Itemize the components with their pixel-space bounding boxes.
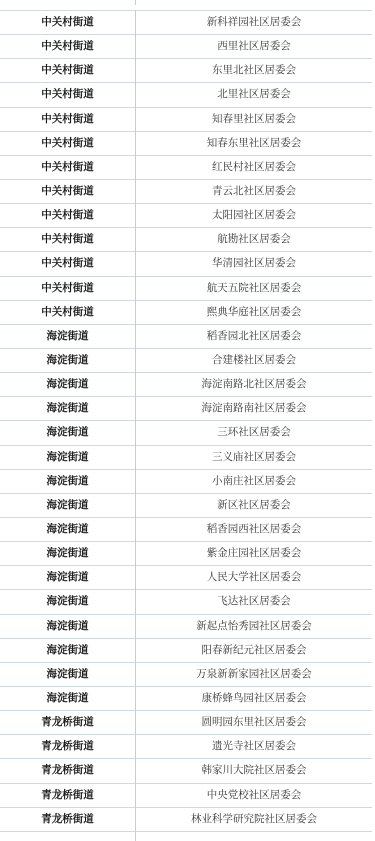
community-cell: 紫金庄园社区居委会 xyxy=(136,542,373,566)
street-cell: 海淀街道 xyxy=(0,517,136,541)
street-cell: 中关村街道 xyxy=(0,276,136,300)
table-row: 中关村街道新科祥园社区居委会 xyxy=(0,11,372,35)
table-row: 中关村街道知春东里社区居委会 xyxy=(0,131,372,155)
community-cell: 稻香园北社区居委会 xyxy=(136,324,373,348)
table-row: 海淀街道海淀南路南社区居委会 xyxy=(0,397,372,421)
table-row: 中关村街道红民村社区居委会 xyxy=(0,155,372,179)
street-cell: 中关村街道 xyxy=(0,83,136,107)
street-cell: 海淀街道 xyxy=(0,686,136,710)
table-row: 中关村街道熙典华庭社区居委会 xyxy=(0,300,372,324)
street-cell: 海淀街道 xyxy=(0,542,136,566)
community-cell: 小南庄社区居委会 xyxy=(136,469,373,493)
street-cell: 海淀街道 xyxy=(0,566,136,590)
table-row: 中关村街道青云北社区居委会 xyxy=(0,179,372,203)
table-row: 海淀街道三环社区居委会 xyxy=(0,421,372,445)
community-cell: 三义庙社区居委会 xyxy=(136,445,373,469)
community-cell: 林业科学研究院社区居委会 xyxy=(136,807,373,831)
table-row: 海淀街道合建楼社区居委会 xyxy=(0,348,372,372)
community-cell: 熙典华庭社区居委会 xyxy=(136,300,373,324)
column-divider xyxy=(135,0,136,5)
community-cell: 圆明园东里社区居委会 xyxy=(136,711,373,735)
community-cell: 韩家川大院社区居委会 xyxy=(136,759,373,783)
community-cell: 知春里社区居委会 xyxy=(136,107,373,131)
community-cell: 海淀南路北社区居委会 xyxy=(136,373,373,397)
table-row: 海淀街道阳春新纪元社区居委会 xyxy=(0,638,372,662)
community-cell: 知春东里社区居委会 xyxy=(136,131,373,155)
column-divider xyxy=(135,832,136,841)
street-cell: 中关村街道 xyxy=(0,300,136,324)
table-row: 海淀街道紫金庄园社区居委会 xyxy=(0,542,372,566)
street-cell: 中关村街道 xyxy=(0,179,136,203)
community-cell: 东里北社区居委会 xyxy=(136,59,373,83)
community-table: 中关村街道新科祥园社区居委会中关村街道西里社区居委会中关村街道东里北社区居委会中… xyxy=(0,10,372,832)
community-cell: 太阳园社区居委会 xyxy=(136,204,373,228)
street-cell: 中关村街道 xyxy=(0,11,136,35)
table-row: 青龙桥街道遗光寺社区居委会 xyxy=(0,735,372,759)
table-row: 海淀街道小南庄社区居委会 xyxy=(0,469,372,493)
table-row: 海淀街道康桥蜂鸟园社区居委会 xyxy=(0,686,372,710)
street-cell: 海淀街道 xyxy=(0,614,136,638)
street-cell: 海淀街道 xyxy=(0,662,136,686)
community-cell: 遗光寺社区居委会 xyxy=(136,735,373,759)
street-cell: 中关村街道 xyxy=(0,59,136,83)
street-cell: 青龙桥街道 xyxy=(0,783,136,807)
table-row: 中关村街道华清园社区居委会 xyxy=(0,252,372,276)
community-cell: 万泉新新家园社区居委会 xyxy=(136,662,373,686)
community-cell: 康桥蜂鸟园社区居委会 xyxy=(136,686,373,710)
street-cell: 青龙桥街道 xyxy=(0,735,136,759)
street-cell: 海淀街道 xyxy=(0,421,136,445)
table-row: 海淀街道三义庙社区居委会 xyxy=(0,445,372,469)
table-row: 海淀街道飞达社区居委会 xyxy=(0,590,372,614)
table-row: 海淀街道海淀南路北社区居委会 xyxy=(0,373,372,397)
community-cell: 中央党校社区居委会 xyxy=(136,783,373,807)
street-cell: 中关村街道 xyxy=(0,228,136,252)
community-cell: 阳春新纪元社区居委会 xyxy=(136,638,373,662)
table-row: 海淀街道万泉新新家园社区居委会 xyxy=(0,662,372,686)
community-cell: 北里社区居委会 xyxy=(136,83,373,107)
community-cell: 三环社区居委会 xyxy=(136,421,373,445)
table-row: 中关村街道知春里社区居委会 xyxy=(0,107,372,131)
table-row: 中关村街道东里北社区居委会 xyxy=(0,59,372,83)
community-cell: 华清园社区居委会 xyxy=(136,252,373,276)
community-cell: 稻香园西社区居委会 xyxy=(136,517,373,541)
table-row: 青龙桥街道林业科学研究院社区居委会 xyxy=(0,807,372,831)
table-row: 中关村街道北里社区居委会 xyxy=(0,83,372,107)
table-row: 海淀街道稻香园西社区居委会 xyxy=(0,517,372,541)
community-cell: 新区社区居委会 xyxy=(136,493,373,517)
community-cell: 人民大学社区居委会 xyxy=(136,566,373,590)
community-cell: 新科祥园社区居委会 xyxy=(136,11,373,35)
street-cell: 海淀街道 xyxy=(0,590,136,614)
street-cell: 海淀街道 xyxy=(0,493,136,517)
street-cell: 海淀街道 xyxy=(0,445,136,469)
table-row: 中关村街道太阳园社区居委会 xyxy=(0,204,372,228)
table-row: 中关村街道航天五院社区居委会 xyxy=(0,276,372,300)
table-row: 青龙桥街道圆明园东里社区居委会 xyxy=(0,711,372,735)
table-row: 海淀街道新区社区居委会 xyxy=(0,493,372,517)
street-cell: 中关村街道 xyxy=(0,252,136,276)
table-row: 青龙桥街道中央党校社区居委会 xyxy=(0,783,372,807)
table-top-cut-row xyxy=(0,0,372,10)
street-cell: 中关村街道 xyxy=(0,155,136,179)
community-cell: 合建楼社区居委会 xyxy=(136,348,373,372)
street-cell: 海淀街道 xyxy=(0,348,136,372)
street-cell: 海淀街道 xyxy=(0,469,136,493)
street-cell: 海淀街道 xyxy=(0,373,136,397)
table-row: 青龙桥街道韩家川大院社区居委会 xyxy=(0,759,372,783)
street-cell: 中关村街道 xyxy=(0,107,136,131)
street-cell: 中关村街道 xyxy=(0,204,136,228)
table-row: 海淀街道新起点怡秀园社区居委会 xyxy=(0,614,372,638)
community-cell: 红民村社区居委会 xyxy=(136,155,373,179)
community-cell: 新起点怡秀园社区居委会 xyxy=(136,614,373,638)
street-cell: 海淀街道 xyxy=(0,397,136,421)
community-cell: 青云北社区居委会 xyxy=(136,179,373,203)
street-cell: 青龙桥街道 xyxy=(0,711,136,735)
table-row: 中关村街道航勘社区居委会 xyxy=(0,228,372,252)
community-cell: 海淀南路南社区居委会 xyxy=(136,397,373,421)
street-cell: 青龙桥街道 xyxy=(0,759,136,783)
street-cell: 中关村街道 xyxy=(0,35,136,59)
street-cell: 青龙桥街道 xyxy=(0,807,136,831)
table-row: 海淀街道稻香园北社区居委会 xyxy=(0,324,372,348)
community-cell: 西里社区居委会 xyxy=(136,35,373,59)
community-cell: 飞达社区居委会 xyxy=(136,590,373,614)
street-cell: 海淀街道 xyxy=(0,324,136,348)
community-cell: 航勘社区居委会 xyxy=(136,228,373,252)
community-cell: 航天五院社区居委会 xyxy=(136,276,373,300)
street-cell: 海淀街道 xyxy=(0,638,136,662)
street-cell: 中关村街道 xyxy=(0,131,136,155)
table-row: 海淀街道人民大学社区居委会 xyxy=(0,566,372,590)
table-row: 中关村街道西里社区居委会 xyxy=(0,35,372,59)
